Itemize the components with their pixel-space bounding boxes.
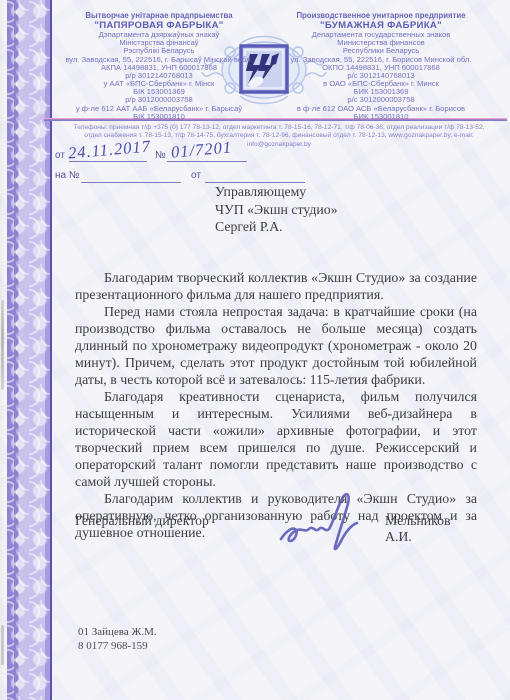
- scan-artifact: [1, 300, 4, 390]
- number-label: №: [155, 150, 166, 161]
- on-date-underline: [205, 166, 305, 183]
- signer-title: Генеральный директор: [75, 513, 209, 529]
- signature-icon: [275, 489, 375, 559]
- on-number-label: на №: [55, 170, 80, 181]
- letterhead-left-column: Вытворчае унітарнае прадпрыемства "ПАПЯР…: [50, 12, 268, 121]
- recipient-person: Сергей Р.А.: [215, 218, 338, 236]
- incoming-ref-line: на № от: [55, 168, 355, 186]
- scan-artifact: [1, 625, 4, 665]
- on-from-label: от: [191, 170, 201, 181]
- org-type: Производственное унитарное предприятие: [256, 12, 506, 20]
- recipient-block: Управляющему ЧУП «Экшн студио» Сергей Р.…: [215, 183, 338, 236]
- from-label: от: [55, 150, 65, 161]
- executor-block: 01 Зайцева Ж.М. 8 0177 968-159: [78, 626, 157, 653]
- scanned-letter-page: Вытворчае унітарнае прадпрыемства "ПАПЯР…: [0, 0, 510, 700]
- recipient-company: ЧУП «Экшн студио»: [215, 201, 338, 219]
- executor-name: 01 Зайцева Ж.М.: [78, 626, 157, 640]
- signer-name: Мельников А.И.: [385, 513, 477, 545]
- on-number-underline: [81, 166, 181, 183]
- outgoing-ref-line: от 24.11.2017 № 01/7201: [55, 143, 315, 163]
- letterhead-right-column: Производственное унитарное предприятие "…: [256, 12, 506, 121]
- org-type: Вытворчае унітарнае прадпрыемства: [50, 12, 268, 20]
- executor-phone: 8 0177 968-159: [78, 640, 157, 654]
- paragraph-1: Благодарим творческий коллектив «Экшн Ст…: [75, 270, 477, 304]
- paragraph-2: Перед нами стояла непростая задача: в кр…: [75, 304, 477, 389]
- paragraph-3: Благодаря креативности сценариста, фильм…: [75, 389, 477, 491]
- guilloche-border-strip: [7, 0, 52, 700]
